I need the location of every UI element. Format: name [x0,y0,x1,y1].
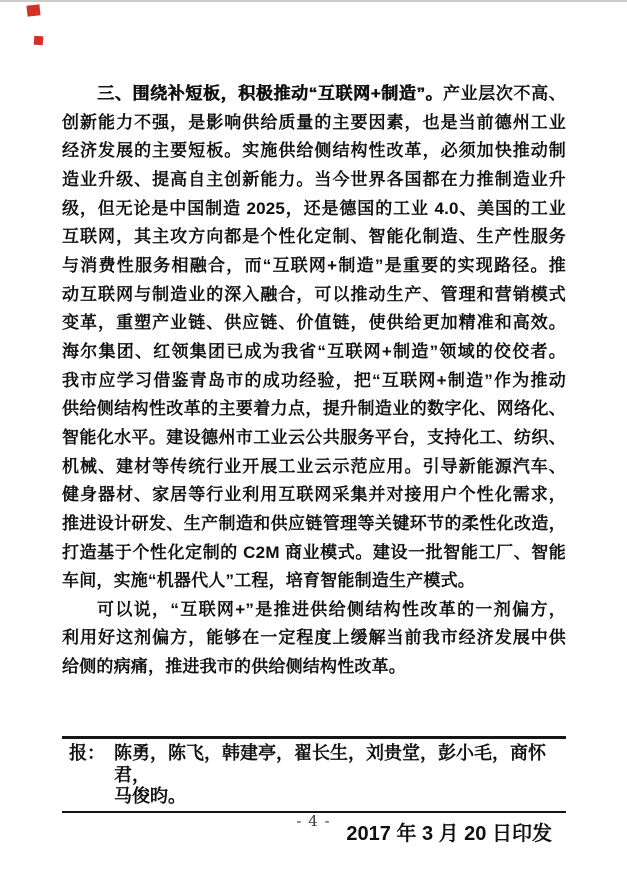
body-line: 创新能力不强，是影响供给质量的主要因素，也是当前德州工业 [62,109,566,138]
body-line: 互联网，其主攻方向都是个性化定制、智能化制造、生产性服务 [62,223,566,252]
report-names-line1: 陈勇，陈飞，韩建亭，翟长生，刘贵堂，彭小毛，商怀君， [114,743,546,785]
body-line: 利用好这剂偏方，能够在一定程度上缓解当前我市经济发展中供 [62,624,566,653]
page-top-edge-line [0,0,627,2]
body-line: 车间，实施“机器代人”工程，培育智能制造生产模式。 [62,567,566,596]
body-line: 三、围绕补短板，积极推动“互联网+制造”。产业层次不高、 [62,80,566,109]
body-line: 与消费性服务相融合，而“互联网+制造”是重要的实现路径。推 [62,252,566,281]
document-body: 三、围绕补短板，积极推动“互联网+制造”。产业层次不高、创新能力不强，是影响供给… [62,80,566,682]
body-heading-text: 三、围绕补短板，积极推动“互联网+制造”。 [97,84,443,103]
report-names-line2: 马俊昀。 [114,786,186,806]
red-stamp-mark-2 [34,36,44,46]
body-line: 推进设计研发、生产制造和供应链管理等关键环节的柔性化改造， [62,510,566,539]
page-number: - 4 - [0,812,627,830]
red-stamp-mark-1 [26,4,40,16]
body-line: 给侧的病痛，推进我市的供给侧结构性改革。 [62,653,566,682]
body-line: 动互联网与制造业的深入融合，可以推动生产、管理和营销模式 [62,281,566,310]
body-line: 造业升级、提高自主创新能力。当今世界各国都在力推制造业升 [62,166,566,195]
report-label: 报： [69,743,105,765]
report-distribution-row: 报： 陈勇，陈飞，韩建亭，翟长生，刘贵堂，彭小毛，商怀君， 马俊昀。 [62,739,566,811]
body-line: 供给侧结构性改革的主要着力点，提升制造业的数字化、网络化、 [62,395,566,424]
report-names: 陈勇，陈飞，韩建亭，翟长生，刘贵堂，彭小毛，商怀君， 马俊昀。 [114,743,566,808]
document-page: 三、围绕补短板，积极推动“互联网+制造”。产业层次不高、创新能力不强，是影响供给… [0,0,627,887]
body-line: 我市应学习借鉴青岛市的成功经验，把“互联网+制造”作为推动 [62,367,566,396]
body-line: 可以说，“互联网+”是推进供给侧结构性改革的一剂偏方， [62,596,566,625]
body-line: 机械、建材等传统行业开展工业云示范应用。引导新能源汽车、 [62,453,566,482]
body-line: 变革，重塑产业链、供应链、价值链，使供给更加精准和高效。 [62,309,566,338]
body-line: 打造基于个性化定制的 C2M 商业模式。建设一批智能工厂、智能 [62,539,566,568]
body-line: 智能化水平。建设德州市工业云公共服务平台，支持化工、纺织、 [62,424,566,453]
body-line: 级，但无论是中国制造 2025，还是德国的工业 4.0、美国的工业 [62,195,566,224]
body-text-span: 产业层次不高、 [443,84,566,103]
body-line: 健身器材、家居等行业利用互联网采集并对接用户个性化需求， [62,481,566,510]
body-line: 经济发展的主要短板。实施供给侧结构性改革，必须加快推动制 [62,137,566,166]
body-line: 海尔集团、红领集团已成为我省“互联网+制造”领域的佼佼者。 [62,338,566,367]
